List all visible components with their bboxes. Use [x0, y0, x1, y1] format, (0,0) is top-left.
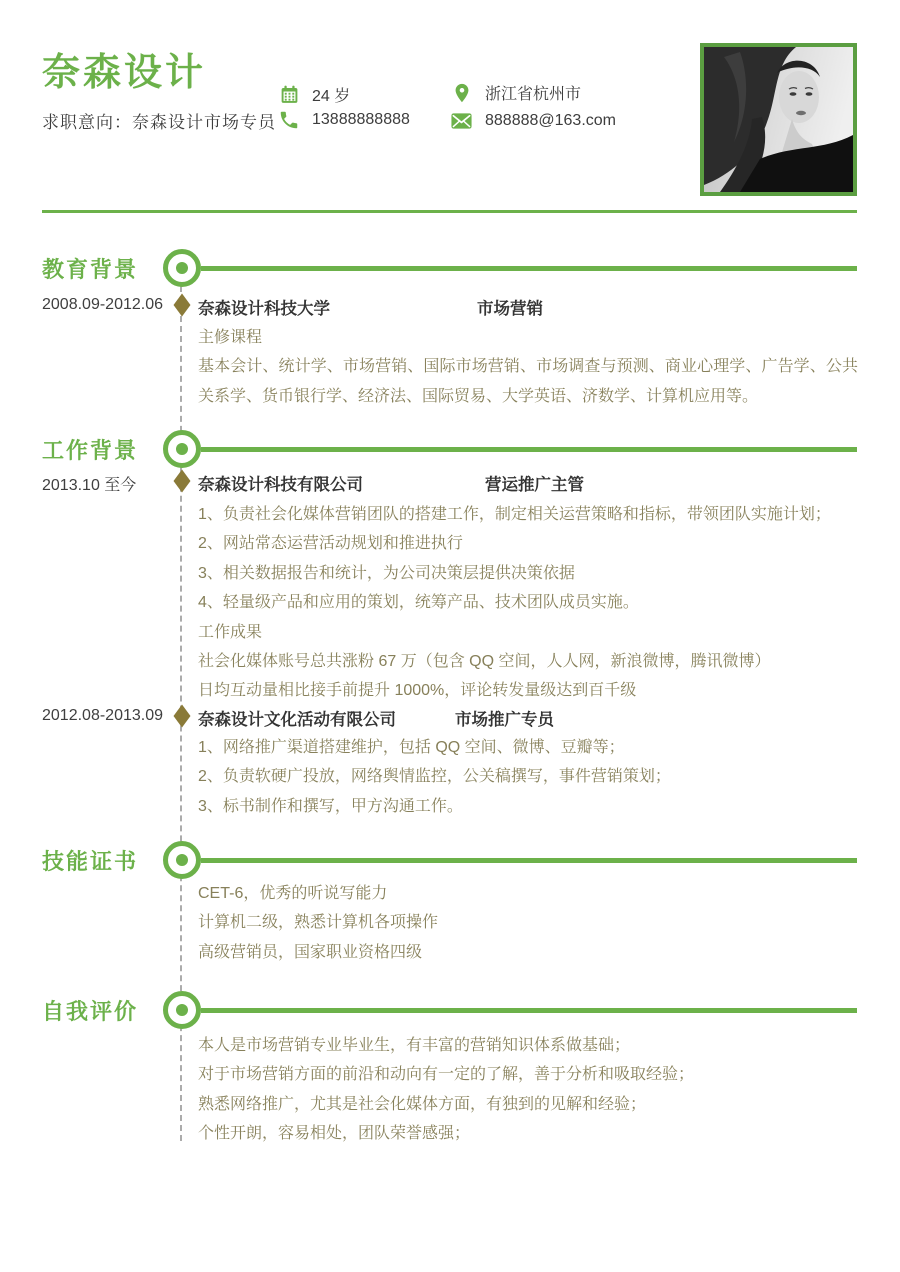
phone-text: 13888888888	[312, 111, 410, 129]
age-text: 24 岁	[312, 83, 350, 106]
location-icon	[451, 82, 473, 104]
education-date: 2008.09-2012.06	[42, 296, 163, 314]
section-title-work: 工作背景	[42, 434, 138, 465]
job1-role: 营运推广主管	[485, 471, 584, 495]
skills-section-line	[201, 858, 857, 863]
duty-line: 1、网络推广渠道搭建维护，包括 QQ 空间、微博、豆瓣等；	[198, 733, 858, 762]
education-section-line	[201, 266, 857, 271]
timeline-dot-icon	[176, 262, 188, 274]
course-list: 基本会计、统计学、市场营销、国际市场营销、市场调查与预测、商业心理学、广告学、公…	[198, 352, 858, 412]
evaluation-timeline-node	[163, 991, 201, 1029]
achievement-line: 日均互动量相比接手前提升 1000%，评论转发量级达到百千级	[198, 676, 858, 705]
job2-company: 奈森设计文化活动有限公司	[198, 706, 396, 730]
profile-photo	[700, 43, 857, 196]
skill-item: 计算机二级，熟悉计算机各项操作	[198, 908, 858, 937]
evaluation-item: 本人是市场营销专业毕业生，有丰富的营销知识体系做基础；	[198, 1031, 858, 1060]
skills-timeline-node	[163, 841, 201, 879]
diamond-marker-icon	[174, 705, 191, 728]
course-label: 主修课程	[198, 323, 858, 352]
skill-item: CET-6，优秀的听说写能力	[198, 879, 858, 908]
section-title-education: 教育背景	[42, 253, 138, 284]
achievement-line: 社会化媒体账号总共涨粉 67 万（包含 QQ 空间，人人网，新浪微博，腾讯微博）	[198, 647, 858, 676]
work-section-line	[201, 447, 857, 452]
skills-list: CET-6，优秀的听说写能力 计算机二级，熟悉计算机各项操作 高级营销员，国家职…	[198, 879, 858, 967]
evaluation-item: 个性开朗，容易相处，团队荣誉感强；	[198, 1119, 858, 1148]
contact-email: 888888@163.com	[450, 111, 616, 131]
diamond-marker-icon	[174, 294, 191, 317]
job1-duties: 1、负责社会化媒体营销团队的搭建工作，制定相关运营策略和指标，带领团队实施计划；…	[198, 500, 858, 706]
phone-icon	[278, 109, 300, 131]
evaluation-item: 熟悉网络推广，尤其是社会化媒体方面，有独到的见解和经验；	[198, 1090, 858, 1119]
resume-page: 奈森设计 求职意向：奈森设计市场专员 24 岁 13888888888	[0, 0, 900, 1272]
email-text: 888888@163.com	[485, 112, 616, 130]
section-title-skills: 技能证书	[42, 845, 138, 876]
job2-role: 市场推广专员	[455, 706, 554, 730]
job1-company: 奈森设计科技有限公司	[198, 471, 363, 495]
timeline-dot-icon	[176, 1004, 188, 1016]
contact-phone: 13888888888	[278, 109, 410, 131]
candidate-name: 奈森设计	[42, 50, 206, 96]
skill-item: 高级营销员，国家职业资格四级	[198, 938, 858, 967]
calendar-icon	[279, 84, 300, 105]
achievement-label: 工作成果	[198, 618, 858, 647]
evaluation-section-line	[201, 1008, 857, 1013]
section-title-evaluation: 自我评价	[42, 995, 138, 1026]
evaluation-list: 本人是市场营销专业毕业生，有丰富的营销知识体系做基础； 对于市场营销方面的前沿和…	[198, 1031, 858, 1149]
job2-duties: 1、网络推广渠道搭建维护，包括 QQ 空间、微博、豆瓣等； 2、负责软硬广投放，…	[198, 733, 858, 821]
education-school: 奈森设计科技大学	[198, 295, 330, 319]
timeline-dot-icon	[176, 443, 188, 455]
timeline-dot-icon	[176, 854, 188, 866]
evaluation-item: 对于市场营销方面的前沿和动向有一定的了解，善于分析和吸取经验；	[198, 1060, 858, 1089]
job1-date: 2013.10 至今	[42, 472, 136, 495]
job-intention: 求职意向：奈森设计市场专员	[42, 108, 276, 133]
contact-age: 24 岁	[279, 83, 350, 106]
header-divider	[42, 210, 857, 213]
work-timeline-node	[163, 430, 201, 468]
education-timeline-node	[163, 249, 201, 287]
email-icon	[450, 111, 473, 131]
location-text: 浙江省杭州市	[485, 81, 581, 104]
education-detail: 主修课程 基本会计、统计学、市场营销、国际市场营销、市场调查与预测、商业心理学、…	[198, 323, 858, 412]
duty-line: 1、负责社会化媒体营销团队的搭建工作，制定相关运营策略和指标，带领团队实施计划；	[198, 500, 858, 529]
contact-location: 浙江省杭州市	[451, 81, 581, 104]
duty-line: 2、负责软硬广投放，网络舆情监控，公关稿撰写，事件营销策划；	[198, 762, 858, 791]
duty-line: 3、标书制作和撰写，甲方沟通工作。	[198, 792, 858, 821]
job2-date: 2012.08-2013.09	[42, 707, 163, 725]
diamond-marker-icon	[174, 470, 191, 493]
duty-line: 2、网站常态运营活动规划和推进执行	[198, 529, 858, 558]
duty-line: 4、轻量级产品和应用的策划，统筹产品、技术团队成员实施。	[198, 588, 858, 617]
education-major: 市场营销	[477, 295, 543, 319]
duty-line: 3、相关数据报告和统计，为公司决策层提供决策依据	[198, 559, 858, 588]
